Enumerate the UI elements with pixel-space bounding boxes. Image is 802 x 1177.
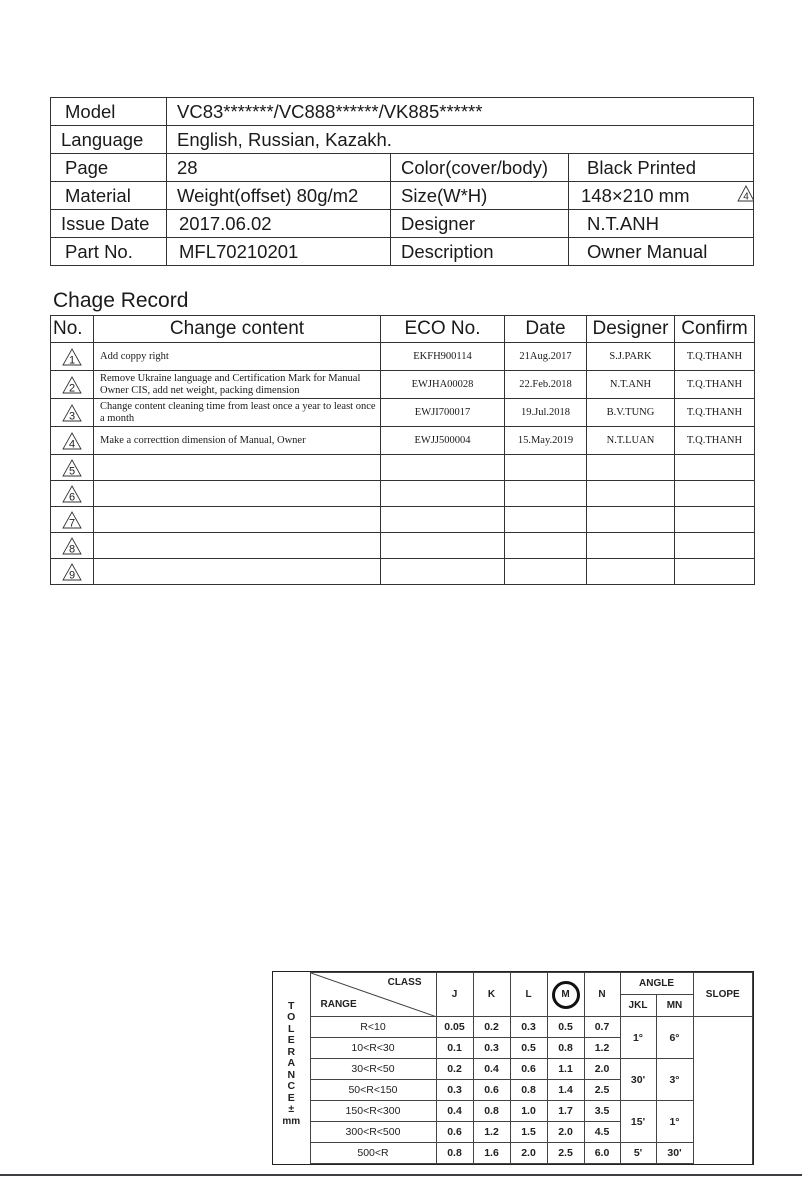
angle-mn: 1° xyxy=(656,1101,693,1143)
revision-triangle-icon: 4 xyxy=(737,185,754,202)
row-number: 2 xyxy=(51,371,94,399)
spec-row-part-no: Part No. MFL70210201 Description Owner M… xyxy=(51,238,754,266)
revision-triangle-icon: 2 xyxy=(62,376,82,394)
description-value: Owner Manual xyxy=(569,238,754,266)
tolerance-value: 0.6 xyxy=(510,1059,547,1080)
header-date: Date xyxy=(505,316,587,343)
revision-triangle-icon: 8 xyxy=(62,537,82,555)
description-label: Description xyxy=(391,238,569,266)
designer-label: Designer xyxy=(391,210,569,238)
material-value: Weight(offset) 80g/m2 xyxy=(167,182,391,210)
tolerance-value: 0.05 xyxy=(436,1017,473,1038)
tolerance-value: 1.2 xyxy=(473,1122,510,1143)
change-content xyxy=(94,533,381,559)
range-cell: 150<R<300 xyxy=(310,1101,436,1122)
change-record-row: 7 xyxy=(51,507,755,533)
issue-date-label: Issue Date xyxy=(51,210,167,238)
change-date xyxy=(505,559,587,585)
header-designer: Designer xyxy=(587,316,675,343)
tolerance-value: 1.0 xyxy=(510,1101,547,1122)
svg-text:7: 7 xyxy=(69,517,75,529)
change-designer xyxy=(587,481,675,507)
tolerance-value: 2.0 xyxy=(584,1059,620,1080)
tolerance-value: 0.5 xyxy=(510,1038,547,1059)
row-number: 6 xyxy=(51,481,94,507)
change-date xyxy=(505,455,587,481)
tolerance-value: 0.6 xyxy=(436,1122,473,1143)
change-date xyxy=(505,507,587,533)
eco-number: EWJJ500004 xyxy=(381,427,505,455)
spec-row-page: Page 28 Color(cover/body) Black Printed xyxy=(51,154,754,182)
class-header: L xyxy=(510,973,547,1017)
tolerance-row: 30<R<500.20.40.61.12.030'3° xyxy=(273,1059,753,1080)
tolerance-value: 1.4 xyxy=(547,1080,584,1101)
change-record-row: 8 xyxy=(51,533,755,559)
row-number: 3 xyxy=(51,399,94,427)
color-value: Black Printed xyxy=(569,154,754,182)
material-label: Material xyxy=(51,182,167,210)
tolerance-row: R<100.050.20.30.50.71°6° xyxy=(273,1017,753,1038)
tolerance-value: 0.2 xyxy=(473,1017,510,1038)
tolerance-value: 0.3 xyxy=(510,1017,547,1038)
change-content: Add coppy right xyxy=(94,343,381,371)
svg-text:3: 3 xyxy=(69,410,75,422)
change-designer: S.J.PARK xyxy=(587,343,675,371)
change-record-row: 2Remove Ukraine language and Certificati… xyxy=(51,371,755,399)
range-cell: R<10 xyxy=(310,1017,436,1038)
svg-text:4: 4 xyxy=(69,438,75,450)
tolerance-value: 2.0 xyxy=(547,1122,584,1143)
change-content: Remove Ukraine language and Certificatio… xyxy=(94,371,381,399)
tolerance-value: 0.6 xyxy=(473,1080,510,1101)
tolerance-value: 0.8 xyxy=(510,1080,547,1101)
spec-row-material: Material Weight(offset) 80g/m2 Size(W*H)… xyxy=(51,182,754,210)
revision-triangle-icon: 9 xyxy=(62,563,82,581)
spec-table: Model VC83*******/VC888******/VK885*****… xyxy=(50,97,754,266)
change-record-header: No. Change content ECO No. Date Designer… xyxy=(51,316,755,343)
change-record-row: 3Change content cleaning time from least… xyxy=(51,399,755,427)
class-header: J xyxy=(436,973,473,1017)
tolerance-value: 0.4 xyxy=(473,1059,510,1080)
page-label: Page xyxy=(51,154,167,182)
change-designer xyxy=(587,559,675,585)
tolerance-row: 150<R<3000.40.81.01.73.515'1° xyxy=(273,1101,753,1122)
change-record-row: 6 xyxy=(51,481,755,507)
range-cell: 500<R xyxy=(310,1143,436,1164)
change-confirm: T.Q.THANH xyxy=(675,427,755,455)
tolerance-value: 0.8 xyxy=(473,1101,510,1122)
row-number: 4 xyxy=(51,427,94,455)
angle-jkl: 30' xyxy=(620,1059,656,1101)
change-record-table: No. Change content ECO No. Date Designer… xyxy=(50,315,755,585)
change-date: 15.May.2019 xyxy=(505,427,587,455)
angle-header: ANGLE xyxy=(620,973,693,995)
class-header: N xyxy=(584,973,620,1017)
slope-header: SLOPE xyxy=(693,973,753,1017)
range-cell: 50<R<150 xyxy=(310,1080,436,1101)
row-number: 8 xyxy=(51,533,94,559)
row-number: 5 xyxy=(51,455,94,481)
tolerance-value: 0.8 xyxy=(436,1143,473,1164)
header-no: No. xyxy=(51,316,94,343)
tolerance-value: 2.5 xyxy=(584,1080,620,1101)
angle-jkl: 1° xyxy=(620,1017,656,1059)
eco-number: EKFH900114 xyxy=(381,343,505,371)
change-confirm xyxy=(675,533,755,559)
range-cell: 10<R<30 xyxy=(310,1038,436,1059)
change-content: Change content cleaning time from least … xyxy=(94,399,381,427)
page-value: 28 xyxy=(167,154,391,182)
tolerance-value: 2.5 xyxy=(547,1143,584,1164)
change-confirm: T.Q.THANH xyxy=(675,371,755,399)
angle-sub-header: JKL xyxy=(620,995,656,1017)
change-designer xyxy=(587,455,675,481)
change-designer xyxy=(587,507,675,533)
issue-date-value: 2017.06.02 xyxy=(167,210,391,238)
eco-number xyxy=(381,533,505,559)
angle-jkl: 15' xyxy=(620,1101,656,1143)
color-label: Color(cover/body) xyxy=(391,154,569,182)
change-designer: N.T.ANH xyxy=(587,371,675,399)
change-date: 21Aug.2017 xyxy=(505,343,587,371)
tolerance-value: 1.2 xyxy=(584,1038,620,1059)
change-content: Make a correcttion dimension of Manual, … xyxy=(94,427,381,455)
slope-cell xyxy=(693,1017,753,1164)
part-no-label: Part No. xyxy=(51,238,167,266)
header-eco: ECO No. xyxy=(381,316,505,343)
revision-triangle-icon: 4 xyxy=(62,432,82,450)
tolerance-value: 1.1 xyxy=(547,1059,584,1080)
svg-text:1: 1 xyxy=(69,354,75,366)
change-content xyxy=(94,481,381,507)
spec-row-model: Model VC83*******/VC888******/VK885*****… xyxy=(51,98,754,126)
change-date xyxy=(505,533,587,559)
revision-triangle-icon: 6 xyxy=(62,485,82,503)
part-no-value: MFL70210201 xyxy=(167,238,391,266)
eco-number xyxy=(381,507,505,533)
change-record-title: Chage Record xyxy=(53,289,188,313)
tolerance-value: 0.1 xyxy=(436,1038,473,1059)
class-header-selected: M xyxy=(547,973,584,1017)
change-content xyxy=(94,559,381,585)
change-designer: B.V.TUNG xyxy=(587,399,675,427)
model-label: Model xyxy=(51,98,167,126)
tolerance-value: 4.5 xyxy=(584,1122,620,1143)
class-header: K xyxy=(473,973,510,1017)
revision-triangle-icon: 3 xyxy=(62,404,82,422)
size-label: Size(W*H) xyxy=(391,182,569,210)
revision-triangle-icon: 1 xyxy=(62,348,82,366)
change-date: 19.Jul.2018 xyxy=(505,399,587,427)
header-confirm: Confirm xyxy=(675,316,755,343)
change-record-row: 5 xyxy=(51,455,755,481)
svg-text:9: 9 xyxy=(69,569,75,581)
class-range-header: CLASSRANGE xyxy=(310,973,436,1017)
row-number: 1 xyxy=(51,343,94,371)
language-value: English, Russian, Kazakh. xyxy=(167,126,754,154)
tolerance-table: TOLERANCE±mmCLASSRANGEJKLMNANGLESLOPEJKL… xyxy=(272,971,754,1165)
tolerance-value: 0.2 xyxy=(436,1059,473,1080)
change-confirm xyxy=(675,559,755,585)
header-content: Change content xyxy=(94,316,381,343)
tolerance-value: 1.5 xyxy=(510,1122,547,1143)
tolerance-value: 0.7 xyxy=(584,1017,620,1038)
svg-text:6: 6 xyxy=(69,491,75,503)
spec-row-issue-date: Issue Date 2017.06.02 Designer N.T.ANH xyxy=(51,210,754,238)
tolerance-value: 0.4 xyxy=(436,1101,473,1122)
spec-row-language: Language English, Russian, Kazakh. xyxy=(51,126,754,154)
change-confirm: T.Q.THANH xyxy=(675,399,755,427)
range-cell: 300<R<500 xyxy=(310,1122,436,1143)
model-value: VC83*******/VC888******/VK885****** xyxy=(167,98,754,126)
row-number: 7 xyxy=(51,507,94,533)
angle-mn: 3° xyxy=(656,1059,693,1101)
change-confirm: T.Q.THANH xyxy=(675,343,755,371)
tolerance-value: 1.6 xyxy=(473,1143,510,1164)
eco-number: EWJHA00028 xyxy=(381,371,505,399)
change-record-row: 9 xyxy=(51,559,755,585)
tolerance-value: 6.0 xyxy=(584,1143,620,1164)
tolerance-value: 0.3 xyxy=(473,1038,510,1059)
change-designer: N.T.LUAN xyxy=(587,427,675,455)
change-content xyxy=(94,507,381,533)
change-confirm xyxy=(675,507,755,533)
size-value: 148×210 mm xyxy=(581,185,690,206)
svg-text:8: 8 xyxy=(69,543,75,555)
tolerance-value: 3.5 xyxy=(584,1101,620,1122)
eco-number xyxy=(381,559,505,585)
size-cell: 148×210 mm 4 xyxy=(569,182,754,210)
tolerance-value: 1.7 xyxy=(547,1101,584,1122)
angle-sub-header: MN xyxy=(656,995,693,1017)
tolerance-value: 0.3 xyxy=(436,1080,473,1101)
eco-number xyxy=(381,481,505,507)
change-record-row: 4Make a correcttion dimension of Manual,… xyxy=(51,427,755,455)
change-designer xyxy=(587,533,675,559)
angle-mn: 6° xyxy=(656,1017,693,1059)
change-date: 22.Feb.2018 xyxy=(505,371,587,399)
eco-number xyxy=(381,455,505,481)
tolerance-value: 0.5 xyxy=(547,1017,584,1038)
change-record-row: 1Add coppy rightEKFH90011421Aug.2017S.J.… xyxy=(51,343,755,371)
tolerance-value: 2.0 xyxy=(510,1143,547,1164)
change-record-body: 1Add coppy rightEKFH90011421Aug.2017S.J.… xyxy=(51,343,755,585)
eco-number: EWJI700017 xyxy=(381,399,505,427)
language-label: Language xyxy=(51,126,167,154)
revision-triangle-icon: 7 xyxy=(62,511,82,529)
tolerance-side-label: TOLERANCE±mm xyxy=(273,973,310,1164)
svg-text:4: 4 xyxy=(743,191,749,202)
designer-value: N.T.ANH xyxy=(569,210,754,238)
change-date xyxy=(505,481,587,507)
tolerance-row: 500<R0.81.62.02.56.05'30' xyxy=(273,1143,753,1164)
range-cell: 30<R<50 xyxy=(310,1059,436,1080)
angle-mn: 30' xyxy=(656,1143,693,1164)
page-bottom-rule xyxy=(0,1174,802,1176)
change-content xyxy=(94,455,381,481)
angle-jkl: 5' xyxy=(620,1143,656,1164)
revision-triangle-icon: 5 xyxy=(62,459,82,477)
row-number: 9 xyxy=(51,559,94,585)
svg-text:2: 2 xyxy=(69,382,75,394)
tolerance-value: 0.8 xyxy=(547,1038,584,1059)
svg-text:5: 5 xyxy=(69,465,75,477)
change-confirm xyxy=(675,455,755,481)
change-confirm xyxy=(675,481,755,507)
